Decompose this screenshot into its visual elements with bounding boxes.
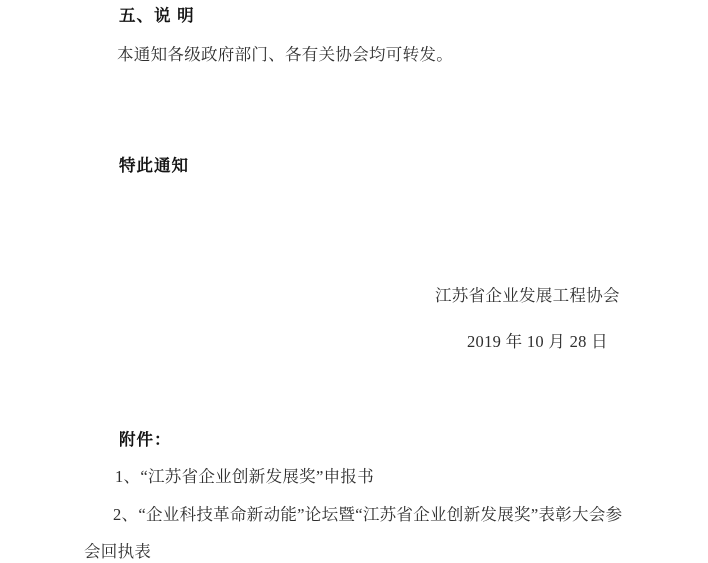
body-paragraph: 本通知各级政府部门、各有关协会均可转发。: [117, 46, 453, 65]
closing-phrase: 特此通知: [119, 157, 189, 176]
attachment-item-2-line-1: 2、“企业科技革命新动能”论坛暨“江苏省企业创新发展奖”表彰大会参: [113, 506, 622, 525]
attachment-item-1: 1、“江苏省企业创新发展奖”申报书: [115, 468, 374, 487]
signature-organization: 江苏省企业发展工程协会: [435, 287, 620, 306]
section-heading: 五、说 明: [119, 7, 195, 26]
document-page: 五、说 明 本通知各级政府部门、各有关协会均可转发。 特此通知 江苏省企业发展工…: [0, 0, 708, 563]
attachments-heading: 附件：: [119, 431, 172, 450]
signature-date: 2019 年 10 月 28 日: [467, 333, 608, 352]
attachment-item-2-line-2: 会回执表: [84, 543, 151, 562]
